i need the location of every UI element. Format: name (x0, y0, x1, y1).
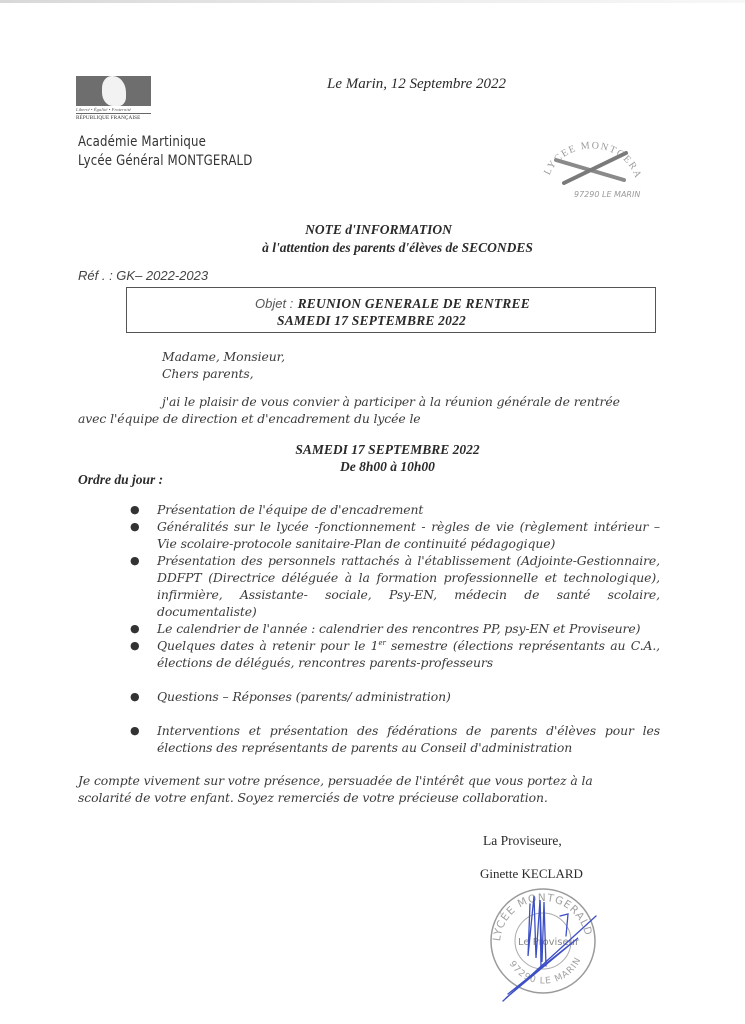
agenda-heading: Ordre du jour : (78, 472, 163, 488)
agenda-item: ●Généralités sur le lycée -fonctionnemen… (130, 518, 660, 552)
bullet-icon: ● (130, 637, 140, 654)
academie-name: Académie Martinique (78, 133, 252, 152)
salutation-line-1: Madame, Monsieur, (162, 348, 285, 365)
institution-block: Académie Martinique Lycée Général MONTGE… (78, 133, 252, 171)
logo-rule (76, 113, 151, 114)
meeting-date: SAMEDI 17 SEPTEMBRE 2022 (30, 441, 745, 458)
official-stamp-icon: LYCÉE MONTGERALD 97290 LE MARIN Le Provi… (478, 876, 608, 1006)
agenda-item: ●Présentation des personnels rattachés à… (130, 552, 660, 620)
bullet-icon: ● (130, 552, 140, 569)
salutation: Madame, Monsieur, Chers parents, (162, 348, 285, 382)
marianne-logo-icon: Liberté • Égalité • Fraternité RÉPUBLIQU… (76, 76, 151, 122)
school-stamp-icon: LYCEE MONTGERALD 97290 LE MARIN (536, 125, 646, 200)
salutation-line-2: Chers parents, (162, 365, 285, 382)
intro-paragraph: j'ai le plaisir de vous convier à partic… (78, 393, 658, 427)
note-title-block: NOTE d'INFORMATION à l'attention des par… (0, 221, 745, 257)
bullet-icon: ● (130, 688, 140, 705)
objet-date: SAMEDI 17 SEPTEMBRE 2022 (277, 313, 466, 329)
bullet-icon: ● (130, 518, 140, 535)
reference: Réf . : GK– 2022-2023 (78, 268, 208, 283)
agenda-item: ●Quelques dates à retenir pour le 1er se… (130, 637, 660, 671)
intro-line-2: avec l'équipe de direction et d'encadrem… (78, 410, 658, 427)
objet-box: Objet : REUNION GENERALE DE RENTREE SAME… (126, 287, 656, 333)
stamp-bottom-text: 97290 LE MARIN (574, 190, 640, 199)
agenda-item: ●Questions – Réponses (parents/ administ… (130, 688, 660, 705)
meeting-datetime: SAMEDI 17 SEPTEMBRE 2022 De 8h00 à 10h00 (0, 441, 745, 475)
lycee-name: Lycée Général MONTGERALD (78, 152, 252, 171)
logo-country: RÉPUBLIQUE FRANÇAISE (76, 115, 151, 121)
closing-line-1: Je compte vivement sur votre présence, p… (78, 772, 658, 789)
bullet-icon: ● (130, 722, 140, 739)
objet-subject: REUNION GENERALE DE RENTREE (298, 296, 530, 311)
agenda-list: ●Présentation de l'équipe de d'encadreme… (130, 501, 660, 756)
objet-label: Objet : (255, 296, 293, 311)
intro-line-1: j'ai le plaisir de vous convier à partic… (78, 393, 658, 410)
bullet-icon: ● (130, 501, 140, 518)
note-subtitle: à l'attention des parents d'élèves de SE… (0, 239, 745, 257)
objet-line-1: Objet : REUNION GENERALE DE RENTREE (255, 296, 530, 312)
agenda-item: ●Le calendrier de l'année : calendrier d… (130, 620, 660, 637)
scan-edge (0, 0, 745, 3)
bullet-icon: ● (130, 620, 140, 637)
closing-line-2: scolarité de votre enfant. Soyez remerci… (78, 789, 658, 806)
closing-paragraph: Je compte vivement sur votre présence, p… (78, 772, 658, 806)
agenda-item: ●Présentation de l'équipe de d'encadreme… (130, 501, 660, 518)
place-date: Le Marin, 12 Septembre 2022 (327, 76, 506, 93)
logo-motto: Liberté • Égalité • Fraternité (76, 107, 151, 112)
logo-profile (102, 76, 126, 106)
signatory-title: La Proviseure, (483, 833, 562, 849)
agenda-item: ●Interventions et présentation des fédér… (130, 722, 660, 756)
note-title: NOTE d'INFORMATION (0, 221, 745, 239)
